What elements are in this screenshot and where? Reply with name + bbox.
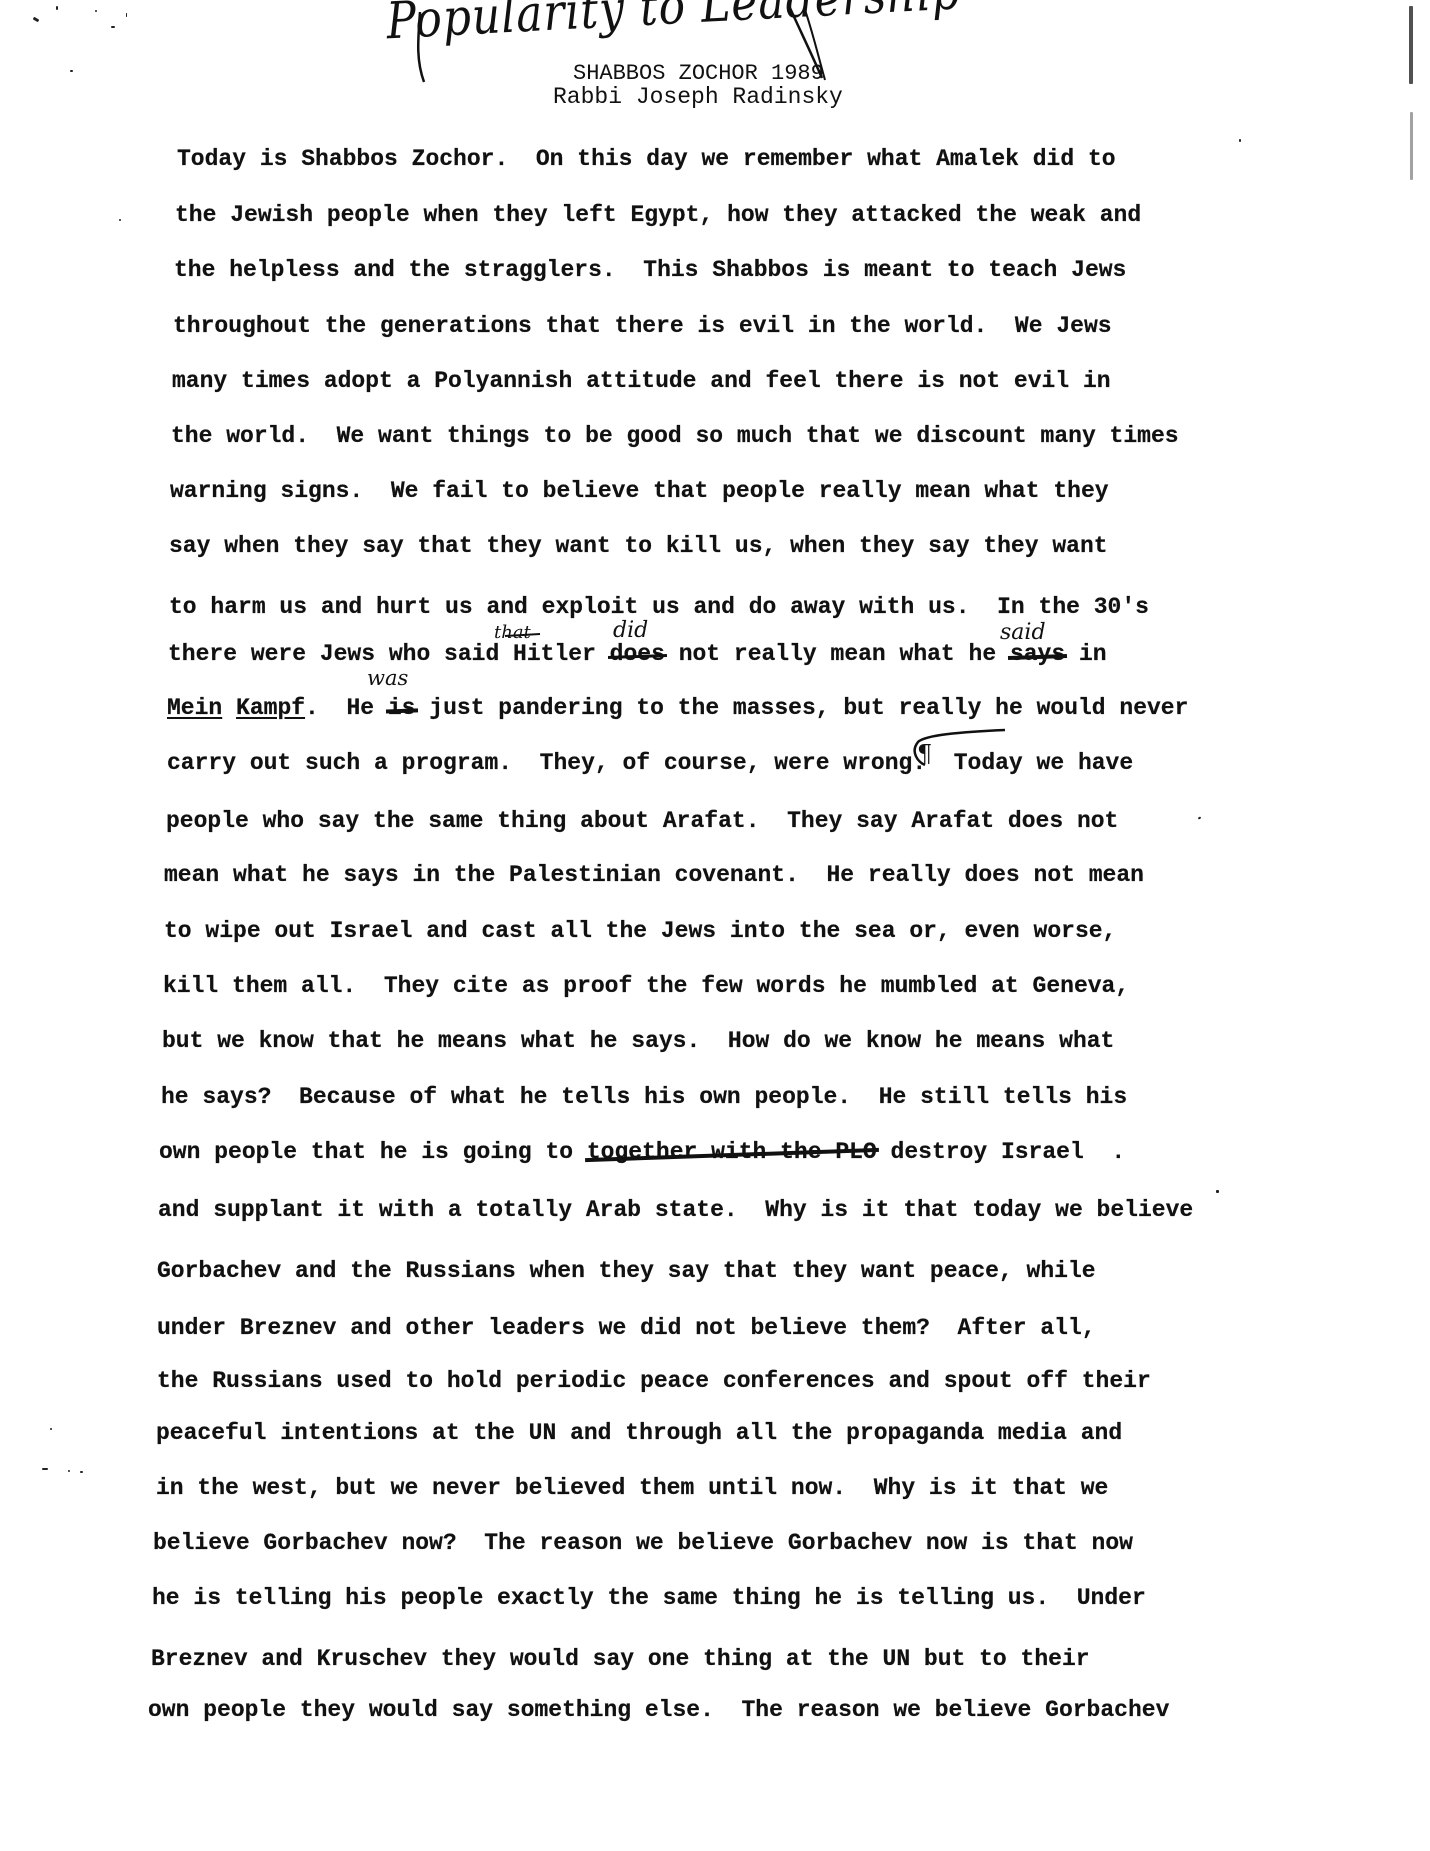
handwritten-insert-line xyxy=(0,0,1430,1851)
paragraph-mark: ¶ xyxy=(917,740,932,768)
scan-speck xyxy=(126,13,127,17)
scan-speck xyxy=(70,70,73,72)
handwritten-edit-did: did xyxy=(613,618,648,643)
scan-speck xyxy=(111,26,115,28)
scan-speck xyxy=(119,219,121,221)
scan-speck xyxy=(1216,1190,1219,1193)
scan-speck xyxy=(50,1428,52,1430)
scan-speck xyxy=(68,1470,70,1472)
scan-speck xyxy=(95,10,97,12)
handwritten-edit-said: said xyxy=(1000,620,1046,645)
scan-edge-artifact xyxy=(1410,112,1413,180)
document-page: Popularity to Leadership SHABBOS ZOCHOR … xyxy=(0,0,1430,1851)
scan-edge-artifact xyxy=(1409,6,1413,84)
scan-speck xyxy=(1239,139,1241,142)
scan-speck xyxy=(56,6,58,10)
handwritten-edit-was: was xyxy=(367,666,408,690)
scan-speck xyxy=(80,1471,83,1473)
scan-speck xyxy=(42,1468,48,1470)
